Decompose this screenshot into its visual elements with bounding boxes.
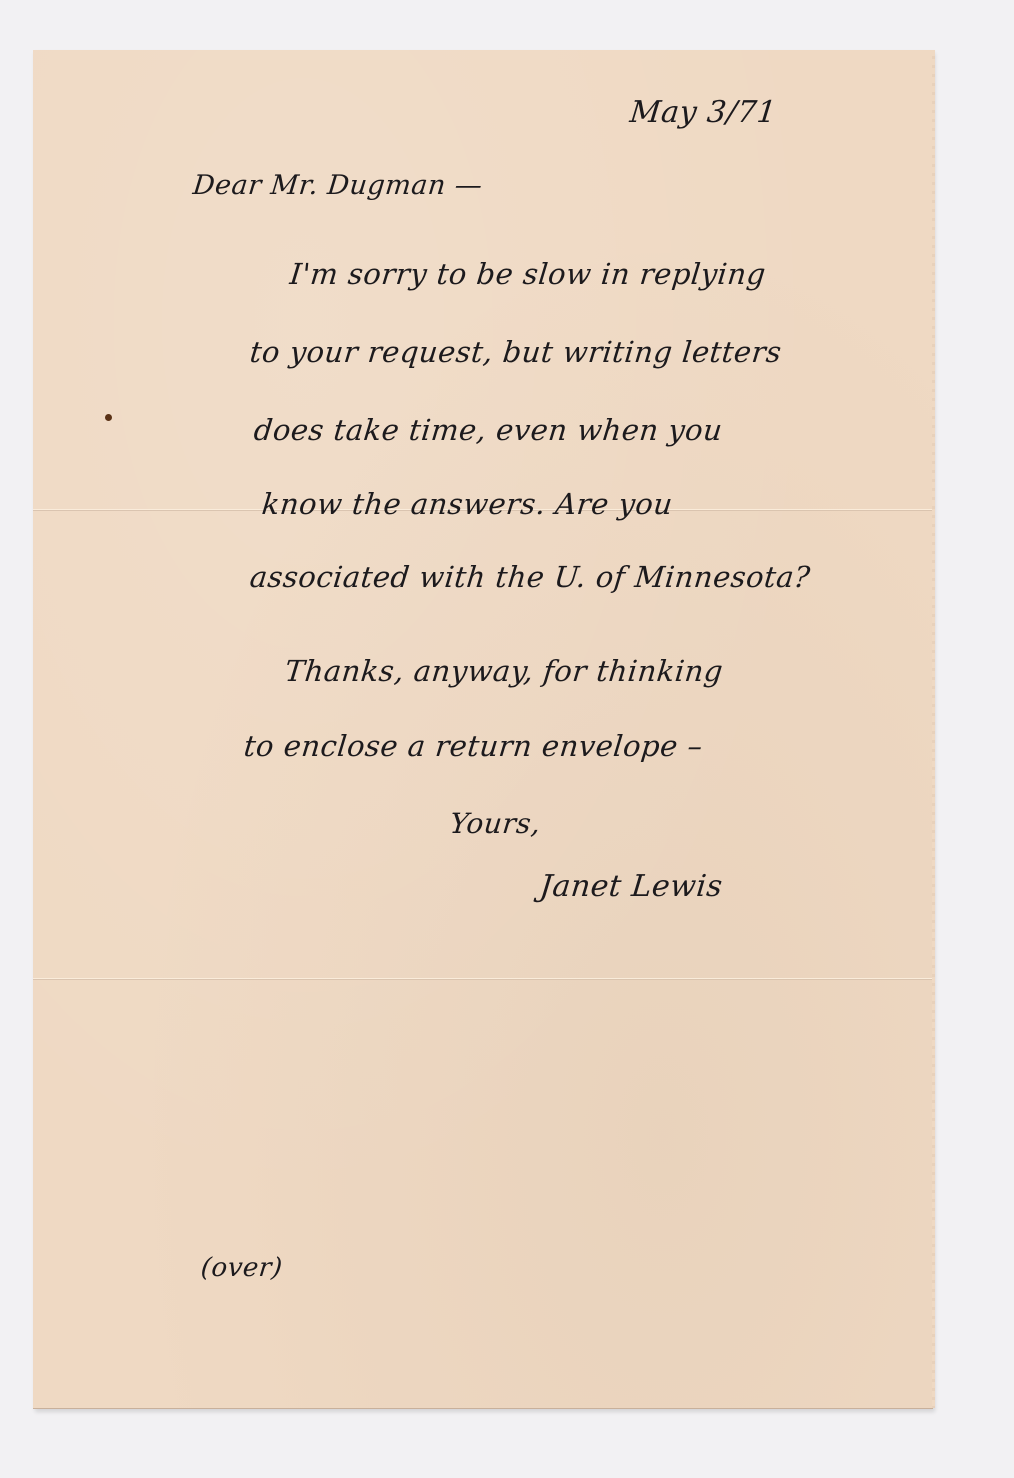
letter-body-line-4: know the answers. Are you xyxy=(260,490,674,519)
letter-salutation: Dear Mr. Dugman — xyxy=(192,172,484,199)
letter-body-line-3: does take time, even when you xyxy=(252,416,723,445)
letter-signature: Janet Lewis xyxy=(538,872,724,902)
letter-body-line-2: to your request, but writing letters xyxy=(248,338,783,367)
letter-body-line-6: Thanks, anyway, for thinking xyxy=(283,657,724,686)
letter-closing: Yours, xyxy=(449,810,543,838)
letter-body-line-5: associated with the U. of Minnesota? xyxy=(248,563,811,592)
footer-note-over: (over) xyxy=(200,1255,284,1281)
letter-date: May 3/71 xyxy=(628,98,778,128)
letter-sheet: May 3/71 Dear Mr. Dugman — I'm sorry to … xyxy=(33,50,933,1409)
letter-body-line-1: I'm sorry to be slow in replying xyxy=(288,260,767,289)
fold-crease-lower xyxy=(33,978,933,980)
ink-spot xyxy=(105,414,112,421)
letter-body-line-7: to enclose a return envelope – xyxy=(242,732,704,761)
